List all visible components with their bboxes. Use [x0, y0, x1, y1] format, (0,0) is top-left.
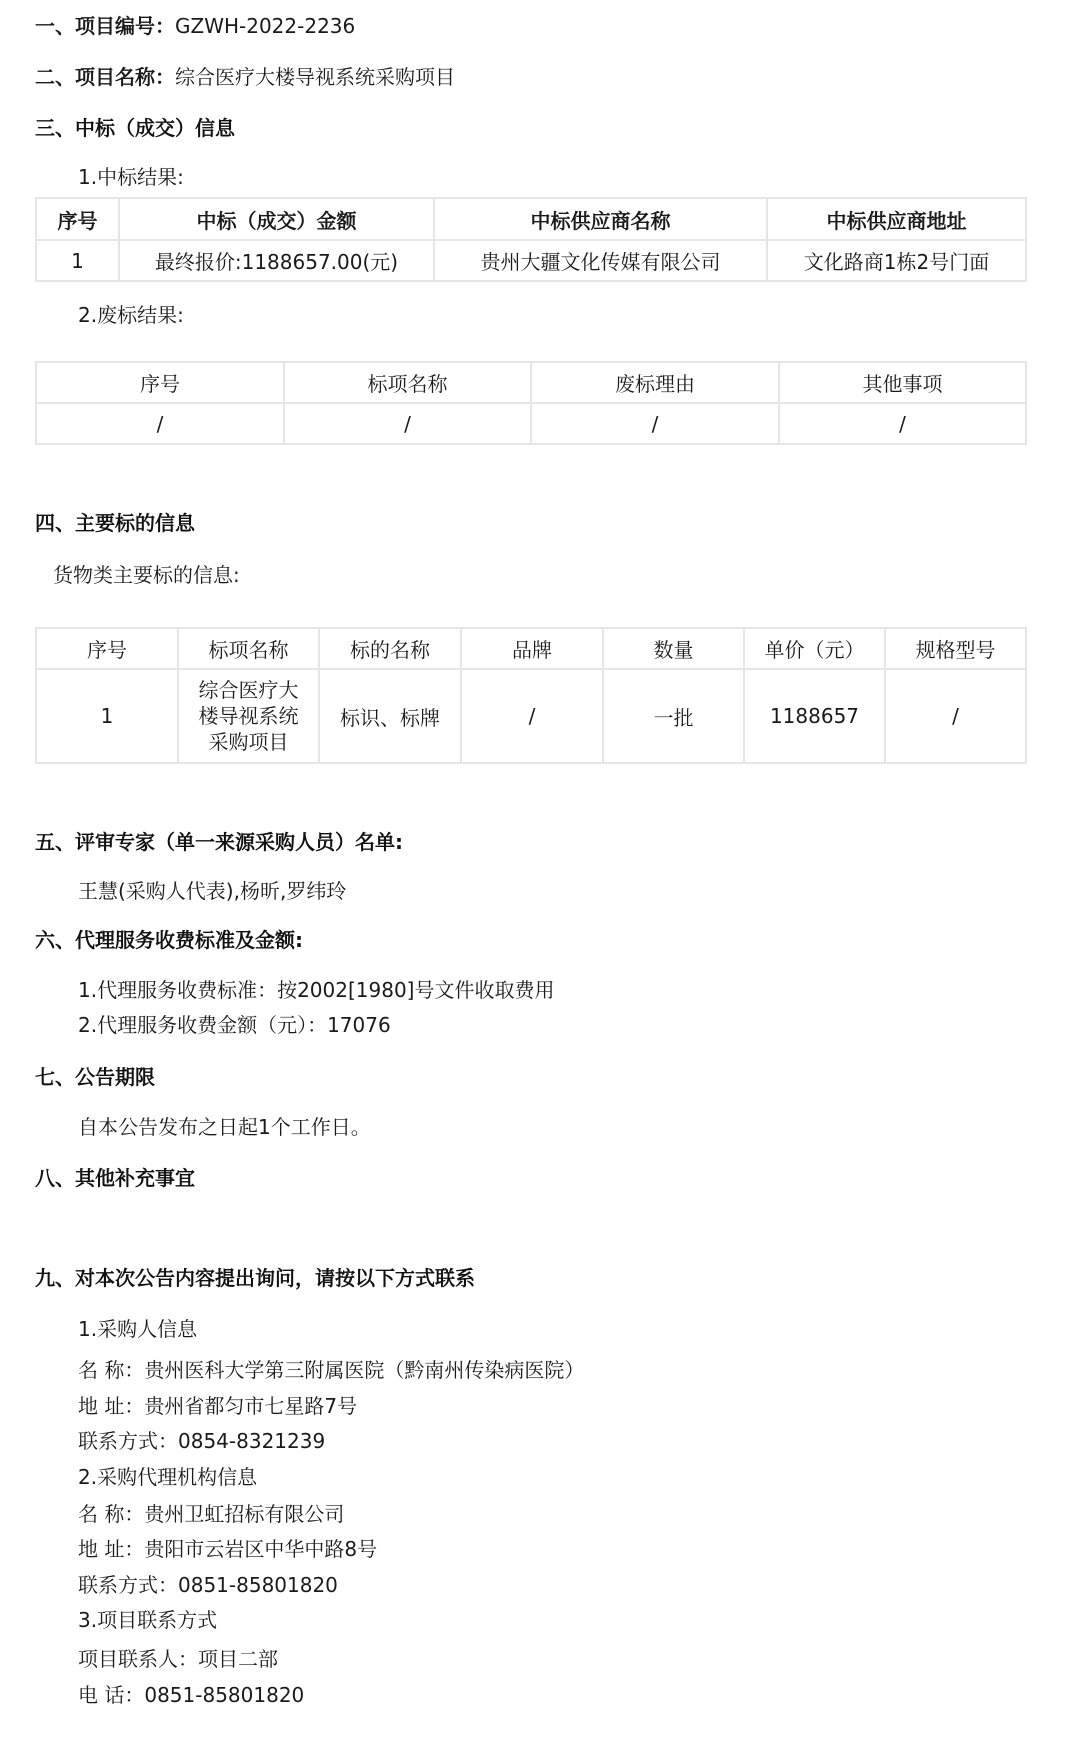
award-cell-address: 文化路商1栋2号门面: [767, 240, 1026, 281]
project-number-label: 一、项目编号：: [35, 14, 175, 38]
expert-list-text: 王慧(采购人代表),杨昕,罗纬玲: [78, 879, 346, 903]
goods-cell-unit-price: 1188657: [744, 669, 885, 763]
abandon-cell-reason: /: [531, 403, 779, 444]
abandon-cell-other: /: [779, 403, 1026, 444]
goods-table: 序号 标项名称 标的名称 品牌 数量 单价（元） 规格型号 1 综合医疗大楼导视…: [35, 627, 1027, 764]
award-table: 序号 中标（成交）金额 中标供应商名称 中标供应商地址 1 最终报价:11886…: [35, 197, 1027, 282]
award-header-supplier: 中标供应商名称: [434, 198, 767, 240]
goods-header-item-name: 标项名称: [178, 628, 319, 669]
abandon-table: 序号 标项名称 废标理由 其他事项 / / / /: [35, 361, 1027, 445]
project-contact-heading: 3.项目联系方式: [78, 1608, 217, 1632]
contact-heading: 九、对本次公告内容提出询问，请按以下方式联系: [35, 1266, 475, 1290]
goods-cell-index: 1: [36, 669, 178, 763]
abandon-header-index: 序号: [36, 362, 284, 403]
abandon-header-other: 其他事项: [779, 362, 1026, 403]
expert-list-heading: 五、评审专家（单一来源采购人员）名单:: [35, 830, 403, 854]
award-cell-amount: 最终报价:1188657.00(元): [119, 240, 434, 281]
table-row: / / / /: [36, 403, 1026, 444]
abandon-header-reason: 废标理由: [531, 362, 779, 403]
goods-cell-subject-name: 标识、标牌: [319, 669, 461, 763]
project-contact-person: 项目联系人：项目二部: [78, 1647, 278, 1671]
project-name-line: 二、项目名称：综合医疗大楼导视系统采购项目: [35, 65, 455, 89]
goods-cell-spec: /: [885, 669, 1026, 763]
goods-cell-brand: /: [461, 669, 603, 763]
agency-fee-standard: 1.代理服务收费标准：按2002[1980]号文件收取费用: [78, 978, 554, 1002]
award-table-header: 序号 中标（成交）金额 中标供应商名称 中标供应商地址: [36, 198, 1026, 240]
abandon-header-item-name: 标项名称: [284, 362, 531, 403]
goods-cell-item-name: 综合医疗大楼导视系统采购项目: [178, 669, 319, 763]
announcement-period-heading: 七、公告期限: [35, 1065, 155, 1089]
agency-name: 名 称：贵州卫虹招标有限公司: [78, 1502, 344, 1526]
award-info-heading: 三、中标（成交）信息: [35, 116, 235, 140]
announcement-period-text: 自本公告发布之日起1个工作日。: [78, 1115, 371, 1139]
purchaser-address: 地 址：贵州省都匀市七星路7号: [78, 1394, 357, 1418]
agency-fee-heading: 六、代理服务收费标准及金额:: [35, 928, 303, 952]
award-header-address: 中标供应商地址: [767, 198, 1026, 240]
project-number-value: GZWH-2022-2236: [175, 14, 355, 38]
award-cell-supplier: 贵州大疆文化传媒有限公司: [434, 240, 767, 281]
abandon-cell-item-name: /: [284, 403, 531, 444]
agency-contact: 联系方式：0851-85801820: [78, 1573, 338, 1597]
award-result-subheading: 1.中标结果:: [78, 165, 184, 189]
purchaser-contact: 联系方式：0854-8321239: [78, 1429, 325, 1453]
goods-table-header: 序号 标项名称 标的名称 品牌 数量 单价（元） 规格型号: [36, 628, 1026, 669]
purchaser-name: 名 称：贵州医科大学第三附属医院（黔南州传染病医院）: [78, 1358, 584, 1382]
goods-header-unit-price: 单价（元）: [744, 628, 885, 669]
project-contact-phone: 电 话：0851-85801820: [78, 1683, 304, 1707]
award-header-amount: 中标（成交）金额: [119, 198, 434, 240]
project-name-value: 综合医疗大楼导视系统采购项目: [175, 65, 455, 89]
abandon-cell-index: /: [36, 403, 284, 444]
table-row: 1 最终报价:1188657.00(元) 贵州大疆文化传媒有限公司 文化路商1栋…: [36, 240, 1026, 281]
goods-subheading: 货物类主要标的信息:: [53, 563, 240, 587]
goods-header-spec: 规格型号: [885, 628, 1026, 669]
project-number-line: 一、项目编号：GZWH-2022-2236: [35, 14, 355, 38]
table-row: 1 综合医疗大楼导视系统采购项目 标识、标牌 / 一批 1188657 /: [36, 669, 1026, 763]
project-name-label: 二、项目名称：: [35, 65, 175, 89]
main-subject-heading: 四、主要标的信息: [35, 511, 195, 535]
goods-header-index: 序号: [36, 628, 178, 669]
agency-address: 地 址：贵阳市云岩区中华中路8号: [78, 1537, 377, 1561]
award-header-index: 序号: [36, 198, 119, 240]
purchaser-info-heading: 1.采购人信息: [78, 1317, 197, 1341]
abandon-result-subheading: 2.废标结果:: [78, 303, 184, 327]
agency-info-heading: 2.采购代理机构信息: [78, 1465, 257, 1489]
goods-cell-quantity: 一批: [603, 669, 744, 763]
abandon-table-header: 序号 标项名称 废标理由 其他事项: [36, 362, 1026, 403]
other-matters-heading: 八、其他补充事宜: [35, 1166, 195, 1190]
agency-fee-amount: 2.代理服务收费金额（元）：17076: [78, 1013, 391, 1037]
goods-header-subject-name: 标的名称: [319, 628, 461, 669]
goods-header-quantity: 数量: [603, 628, 744, 669]
award-cell-index: 1: [36, 240, 119, 281]
goods-header-brand: 品牌: [461, 628, 603, 669]
